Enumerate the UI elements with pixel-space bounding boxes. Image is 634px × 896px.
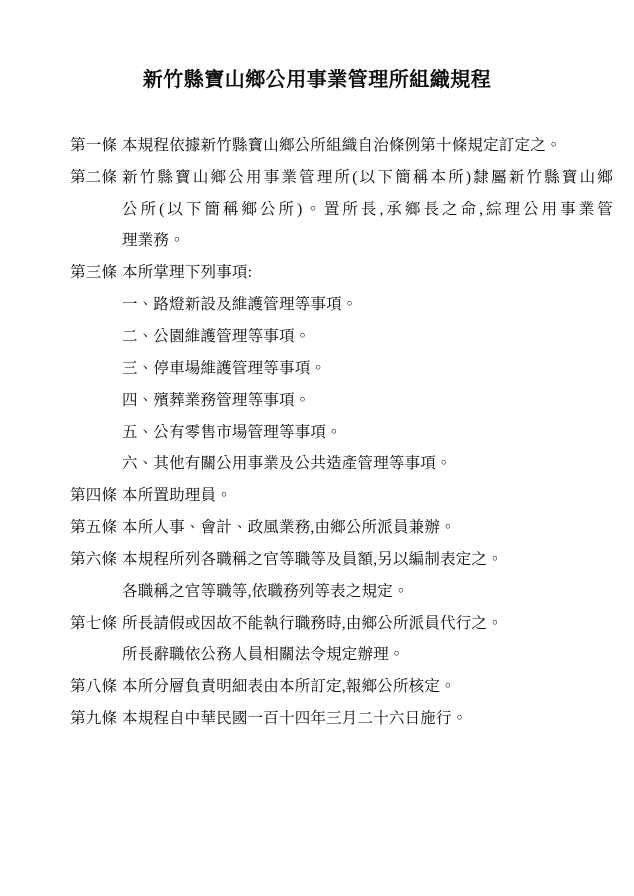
article-text: 本規程自中華民國一百十四年三月二十六日施行。 [122,706,467,728]
article-text: 本所置助理員。 [122,483,232,505]
article-line: 第二條 新竹縣寶山鄉公用事業管理所(以下簡稱本所)隸屬新竹縣寶山鄉 [70,160,618,192]
list-item-text: 二、公園維護管理等事項。 [70,324,310,346]
article-continuation-line: 理業務。 [70,224,618,256]
document-page: 新竹縣寶山鄉公用事業管理所組織規程 第一條 本規程依據新竹縣寶山鄉公所組織自治條… [0,0,634,896]
article-text: 所長辭職依公務人員相關法令規定辦理。 [70,642,405,664]
article-line: 第七條 所長請假或因故不能執行職務時,由鄉公所派員代行之。 [70,606,618,638]
article-continuation-line: 所長辭職依公務人員相關法令規定辦理。 [70,638,618,670]
document-body: 第一條 本規程依據新竹縣寶山鄉公所組織自治條例第十條規定訂定之。 第二條 新竹縣… [70,128,618,733]
list-item-text: 一、路燈新設及維護管理等事項。 [70,292,358,314]
article-number: 第七條 [70,611,122,633]
article-number: 第一條 [70,133,122,155]
article-number: 第六條 [70,547,122,569]
article-text: 所長請假或因故不能執行職務時,由鄉公所派員代行之。 [122,611,503,633]
article-number: 第五條 [70,515,122,537]
article-number: 第二條 [70,165,122,187]
article-text: 公所(以下簡稱鄉公所)。置所長,承鄉長之命,綜理公用事業管 [70,197,613,219]
article-number: 第八條 [70,674,122,696]
list-item: 二、公園維護管理等事項。 [70,319,618,351]
article-text: 理業務。 [70,228,185,250]
list-item-text: 六、其他有關公用事業及公共造產管理等事項。 [70,451,452,473]
article-text: 各職稱之官等職等,依職務列等表之規定。 [70,579,409,601]
article-number: 第三條 [70,260,122,282]
article-number: 第四條 [70,483,122,505]
article-line: 第四條 本所置助理員。 [70,478,618,510]
article-number: 第九條 [70,706,122,728]
list-item: 一、路燈新設及維護管理等事項。 [70,287,618,319]
article-text: 本所掌理下列事項: [122,260,252,282]
article-line: 第一條 本規程依據新竹縣寶山鄉公所組織自治條例第十條規定訂定之。 [70,128,618,160]
list-item: 五、公有零售市場管理等事項。 [70,415,618,447]
article-line: 第九條 本規程自中華民國一百十四年三月二十六日施行。 [70,701,618,733]
document-title: 新竹縣寶山鄉公用事業管理所組織規程 [0,66,634,94]
article-text: 新竹縣寶山鄉公用事業管理所(以下簡稱本所)隸屬新竹縣寶山鄉 [122,165,613,187]
article-text: 本所分層負責明細表由本所訂定,報鄉公所核定。 [122,674,456,696]
article-text: 本規程依據新竹縣寶山鄉公所組織自治條例第十條規定訂定之。 [122,133,562,155]
list-item-text: 三、停車場維護管理等事項。 [70,356,326,378]
list-item-text: 五、公有零售市場管理等事項。 [70,420,342,442]
list-item-text: 四、殯葬業務管理等事項。 [70,388,310,410]
article-continuation-line: 各職稱之官等職等,依職務列等表之規定。 [70,574,618,606]
article-line: 第五條 本所人事、會計、政風業務,由鄉公所派員兼辦。 [70,510,618,542]
article-line: 第六條 本規程所列各職稱之官等職等及員額,另以編制表定之。 [70,542,618,574]
article-text: 本所人事、會計、政風業務,由鄉公所派員兼辦。 [122,515,456,537]
article-text: 本規程所列各職稱之官等職等及員額,另以編制表定之。 [122,547,503,569]
article-line: 第三條 本所掌理下列事項: [70,255,618,287]
article-line: 第八條 本所分層負責明細表由本所訂定,報鄉公所核定。 [70,669,618,701]
list-item: 四、殯葬業務管理等事項。 [70,383,618,415]
list-item: 六、其他有關公用事業及公共造產管理等事項。 [70,446,618,478]
list-item: 三、停車場維護管理等事項。 [70,351,618,383]
article-continuation-line: 公所(以下簡稱鄉公所)。置所長,承鄉長之命,綜理公用事業管 [70,192,618,224]
